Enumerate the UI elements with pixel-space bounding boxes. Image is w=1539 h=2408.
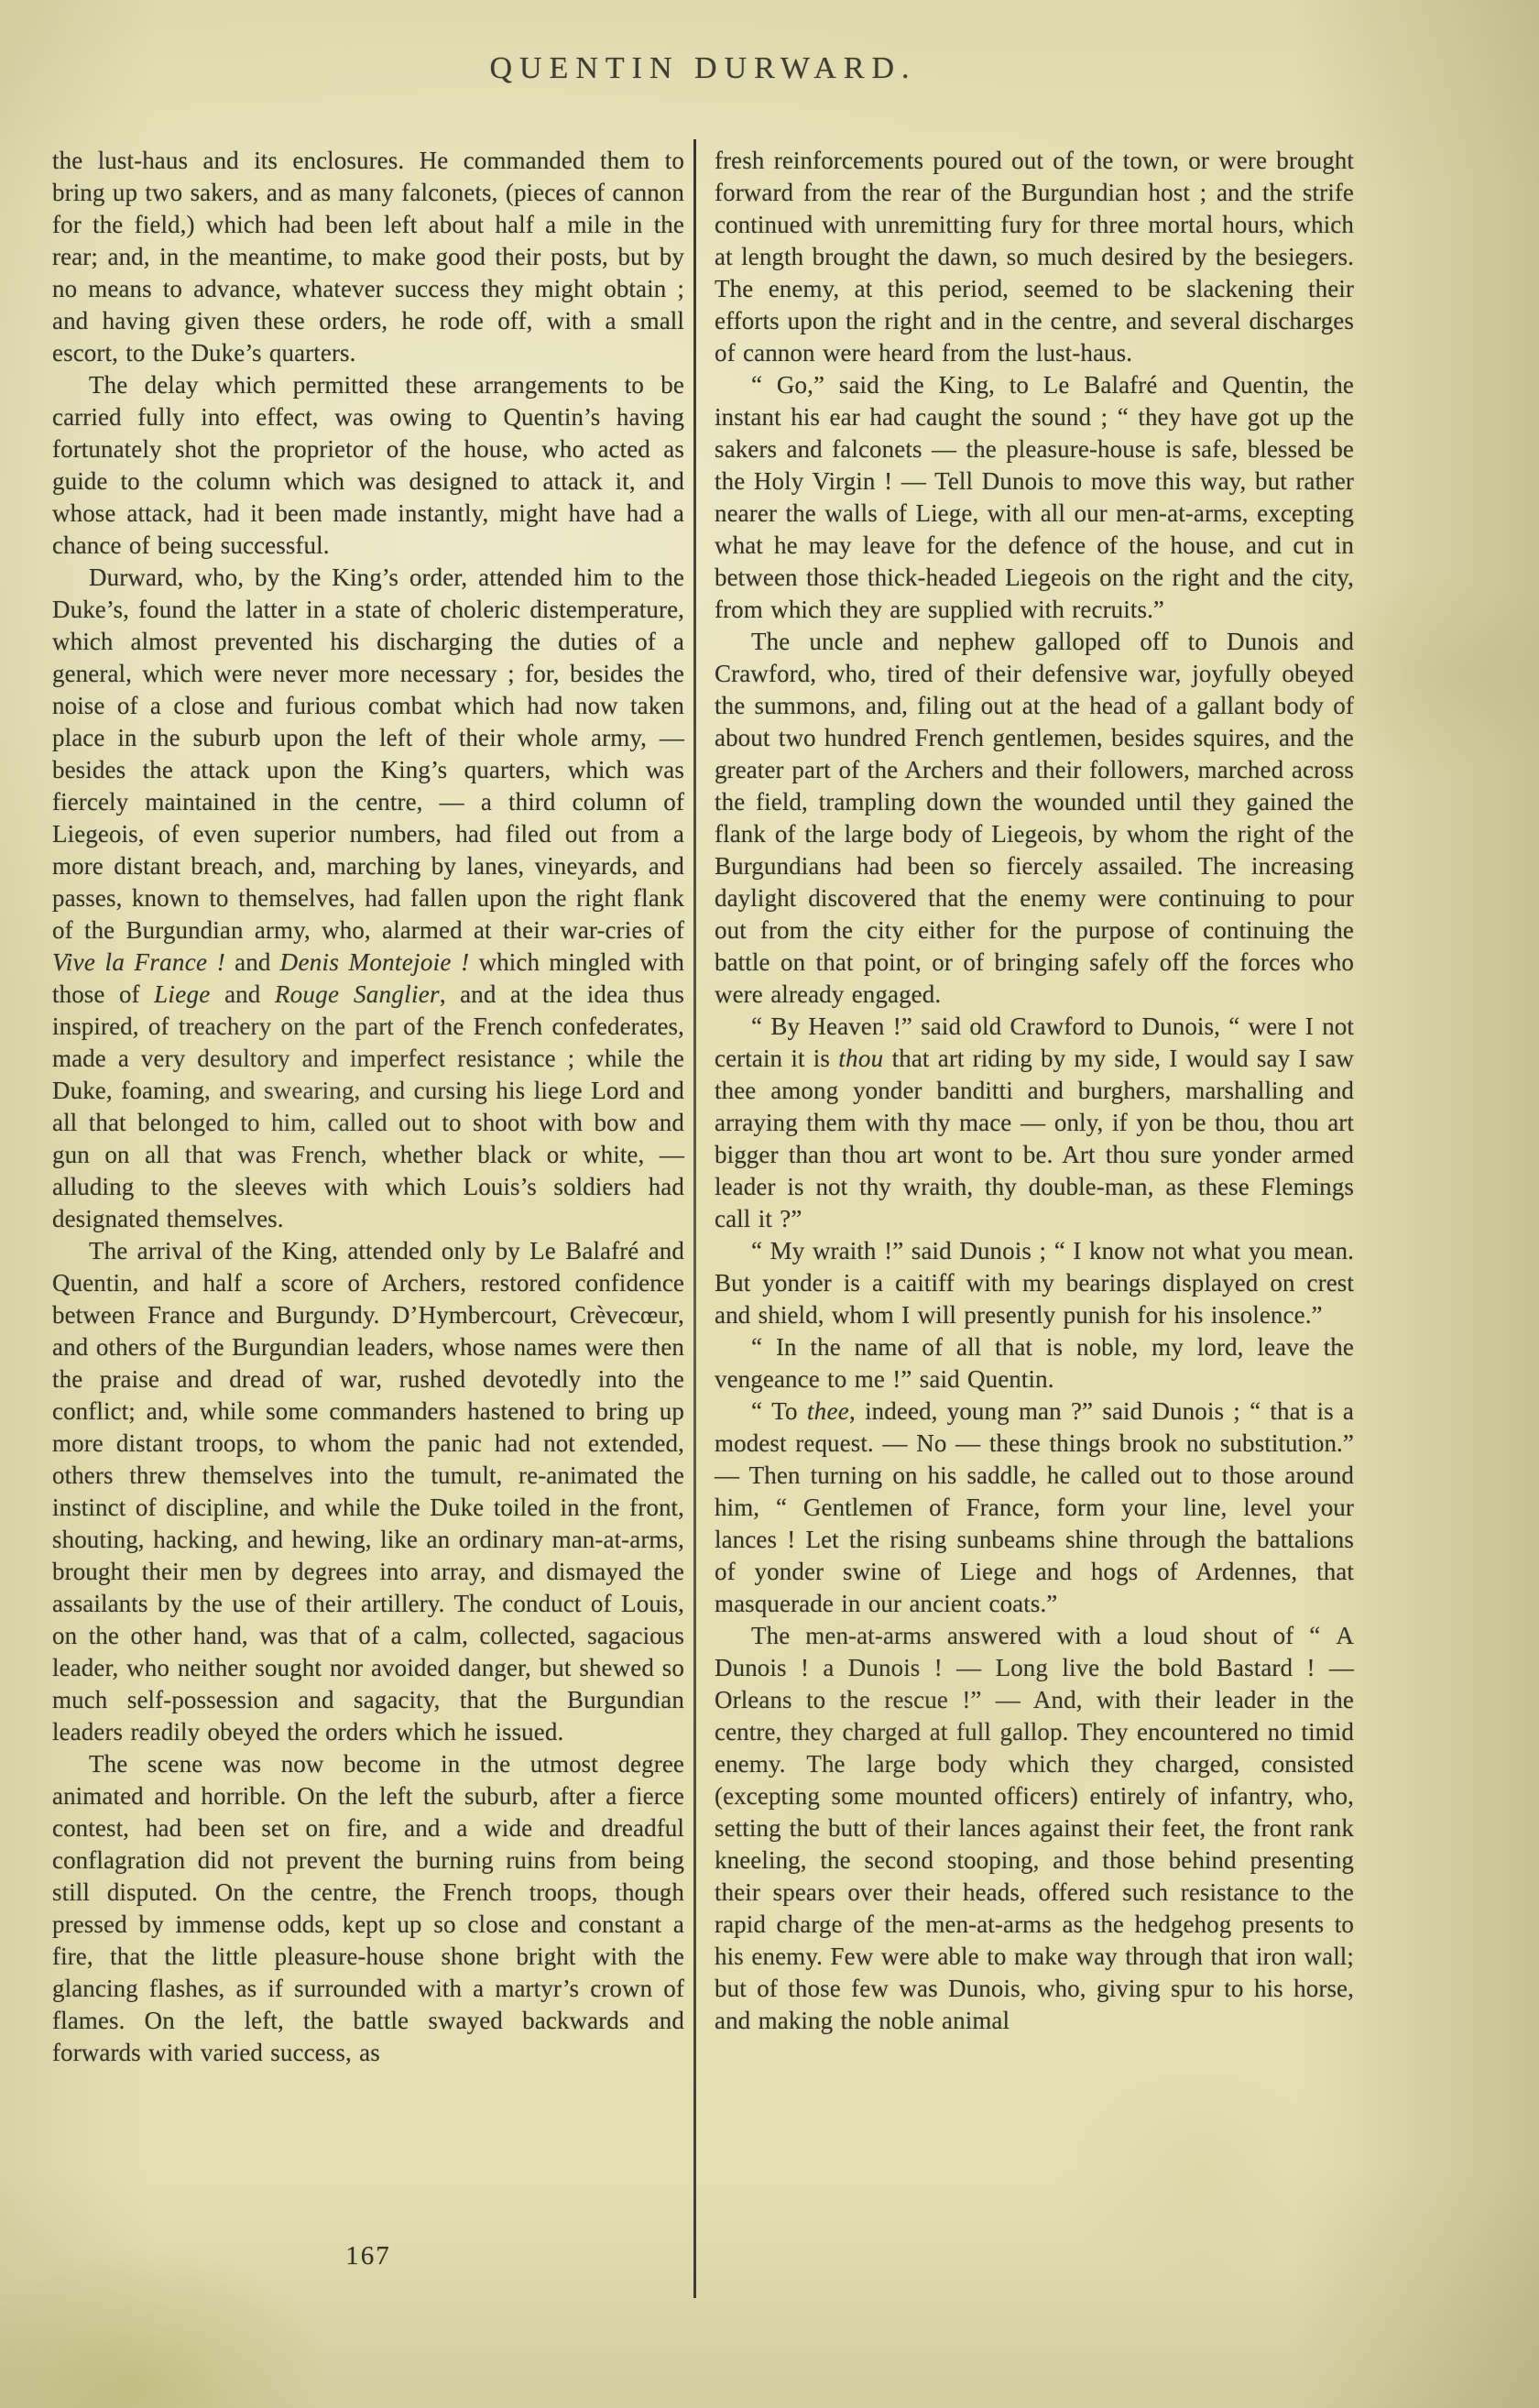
paragraph: The arrival of the King, attended only b… <box>52 1235 684 1748</box>
page-number: 167 <box>52 2241 684 2271</box>
column-divider-rule <box>693 139 696 2298</box>
paragraph: The scene was now become in the utmost d… <box>52 1748 684 2069</box>
paragraph: “ In the name of all that is noble, my l… <box>715 1331 1354 1396</box>
paragraph: “ By Heaven !” said old Crawford to Duno… <box>715 1011 1354 1235</box>
book-page: QUENTIN DURWARD. the lust-haus and its e… <box>0 0 1539 2408</box>
paragraph: The delay which permitted these arrangem… <box>52 369 684 562</box>
paragraph: The men-at-arms answered with a loud sho… <box>715 1620 1354 2037</box>
paragraph: “ My wraith !” said Dunois ; “ I know no… <box>715 1235 1354 1331</box>
paragraph: The uncle and nephew galloped off to Dun… <box>715 626 1354 1011</box>
paragraph: Durward, who, by the King’s order, atten… <box>52 562 684 1235</box>
paragraph: fresh reinforcements poured out of the t… <box>715 145 1354 369</box>
paragraph: “ Go,” said the King, to Le Balafré and … <box>715 369 1354 626</box>
running-head: QUENTIN DURWARD. <box>50 51 1356 86</box>
left-column: the lust-haus and its enclosures. He com… <box>52 145 684 2069</box>
paragraph: the lust-haus and its enclosures. He com… <box>52 145 684 369</box>
paragraph: “ To thee, indeed, young man ?” said Dun… <box>715 1396 1354 1620</box>
right-column: fresh reinforcements poured out of the t… <box>715 145 1354 2037</box>
